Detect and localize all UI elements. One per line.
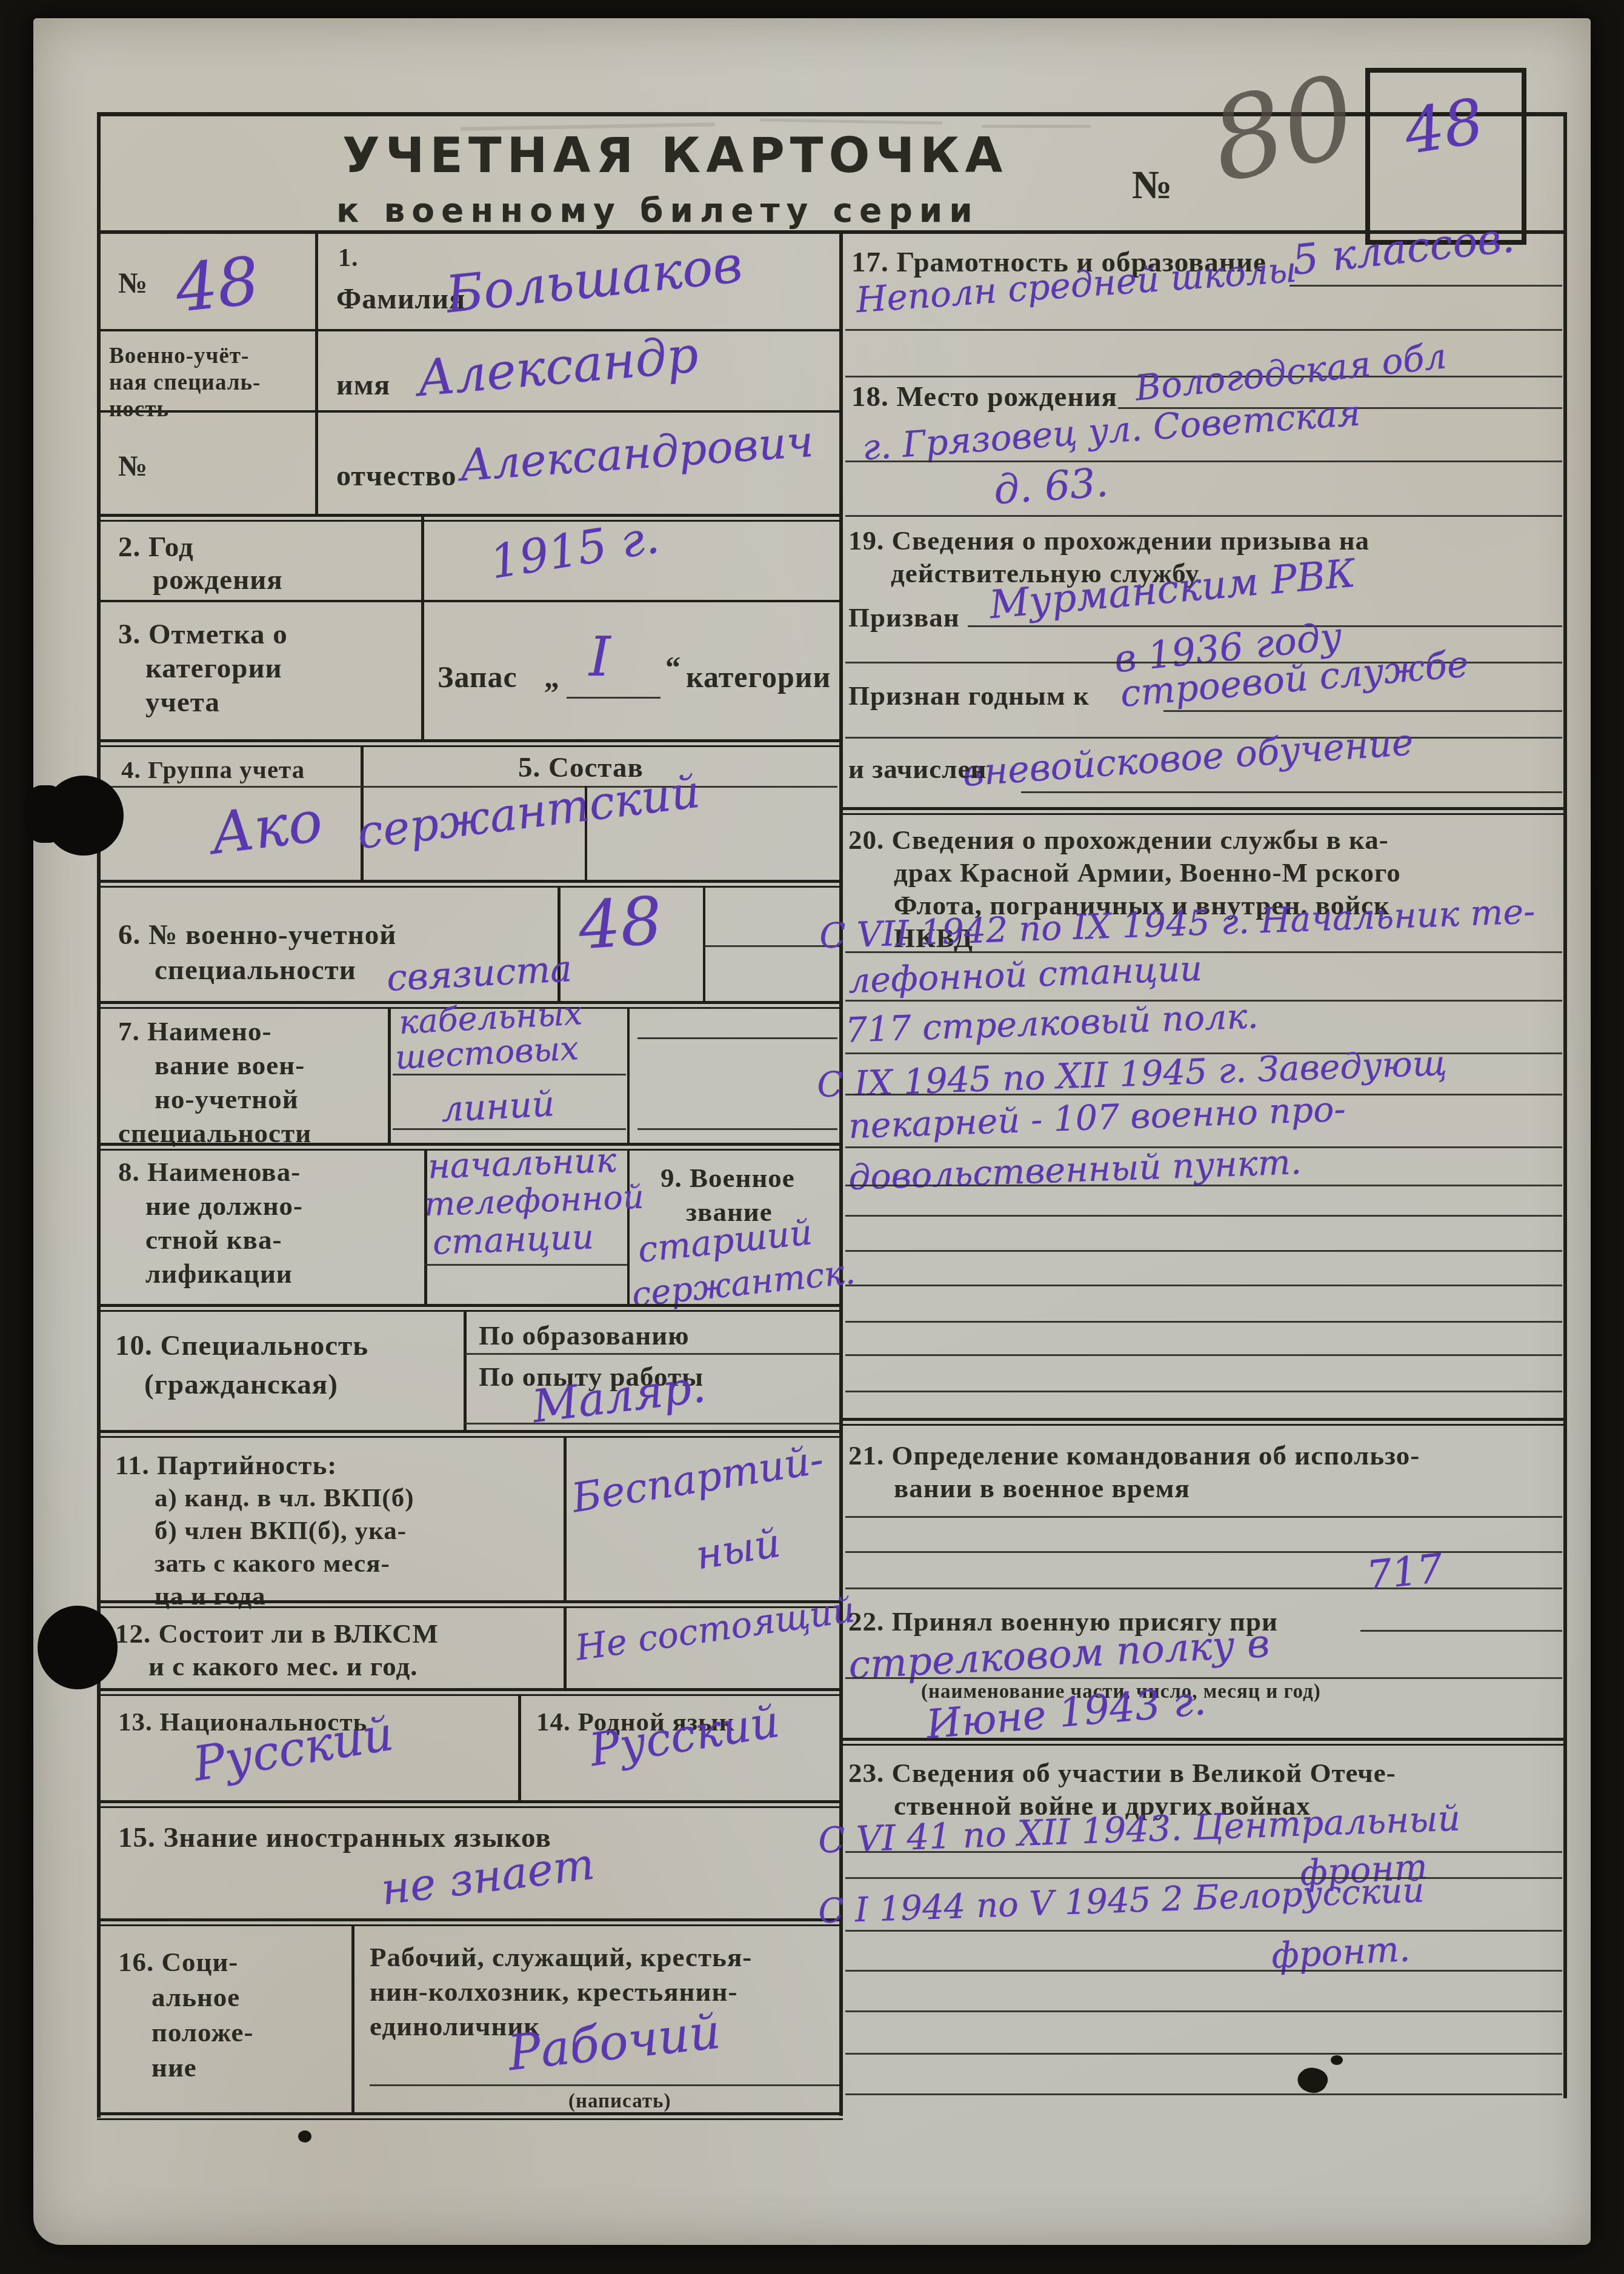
education-sub-label: По образованию: [479, 1320, 690, 1351]
fill-in-line: [845, 2053, 1562, 2055]
fill-in-line: [845, 1391, 1562, 1392]
field23-label-1: 23. Сведения об участии в Великой Отече-: [848, 1757, 1396, 1789]
zapas-prefix: Запас: [438, 659, 517, 694]
section-line: [839, 1418, 1566, 1421]
field6-value: 48: [576, 883, 665, 964]
fill-in-line: [845, 1285, 1562, 1286]
divider: [388, 1007, 391, 1144]
section-line: [839, 1424, 1566, 1426]
field8-label-3: стной ква-: [145, 1224, 282, 1255]
field7-label-2: вание воен-: [155, 1049, 305, 1081]
field11-label-4: зать с какого меся-: [155, 1549, 390, 1578]
field16-label-2: альное: [151, 1981, 240, 2013]
row-line: [97, 2112, 839, 2115]
vus-label-3: ность: [109, 396, 169, 422]
row-line: [97, 1694, 839, 1696]
fill-in-line: [845, 1321, 1562, 1323]
row-line: [97, 514, 839, 517]
field15-label: 15. Знание иностранных языков: [118, 1821, 551, 1854]
field11-label-2: а) канд. в чл. ВКП(б): [155, 1483, 414, 1513]
fill-in-line: [637, 1128, 837, 1130]
divider: [98, 786, 837, 788]
field12-label-1: 12. Состоит ли в ВЛКСМ: [115, 1618, 439, 1649]
row-line: [97, 2118, 843, 2120]
field9-label-1: 9. Военное: [661, 1162, 795, 1194]
row-line: [97, 1310, 839, 1312]
divider: [564, 1606, 567, 1688]
vus-label-2: ная специаль-: [109, 370, 261, 396]
border-left: [97, 112, 101, 2118]
row-line: [97, 600, 839, 602]
divider: [627, 1007, 630, 1144]
field16-options-1: Рабочий, служащий, крестья-: [370, 1941, 752, 1973]
fill-in-line: [464, 1423, 839, 1425]
field4-label: 4. Группа учета: [121, 755, 305, 784]
divider: [564, 1436, 567, 1600]
section-line: [839, 807, 1566, 810]
row-line: [97, 1688, 839, 1691]
divider: [424, 1149, 427, 1305]
row-line: [97, 1806, 839, 1808]
field8-label-1: 8. Наименова-: [118, 1156, 301, 1188]
fill-in-line: [845, 1185, 1562, 1186]
fill-in-line: [845, 1250, 1562, 1252]
divider: [518, 1694, 521, 1800]
fill-in-line: [845, 1587, 1562, 1589]
divider: [97, 410, 839, 413]
field8-value-1: начальник: [427, 1141, 617, 1187]
zapas-category-value: I: [589, 625, 611, 689]
called-label: Призван: [848, 602, 960, 633]
hole-punch: [24, 785, 67, 843]
field11-label-1: 11. Партийность:: [115, 1449, 337, 1481]
fill-in-line: [845, 1354, 1562, 1356]
field8-label-2: ние должно-: [145, 1190, 303, 1222]
scanned-military-card: УЧЕТНАЯ КАРТОЧКА к военному билету серии…: [0, 0, 1624, 2274]
field6-label-2: специальности: [155, 954, 356, 986]
section-line: [839, 813, 1566, 815]
fill-in-line: [393, 1128, 626, 1130]
fill-in-line: [1163, 710, 1562, 712]
war-service-value-4: фронт.: [1270, 1928, 1411, 1976]
row-line: [97, 1924, 839, 1926]
fill-in-line: [637, 1037, 837, 1039]
field3-label-3: учета: [145, 686, 220, 719]
divider: [703, 945, 839, 947]
field8-value-3: станции: [432, 1217, 594, 1262]
oath-unit-number: 717: [1364, 1545, 1445, 1600]
field16-label-1: 16. Соци-: [118, 1946, 238, 1978]
divider: [464, 1353, 839, 1355]
field3-label-1: 3. Отметка о: [118, 618, 288, 651]
divider: [703, 886, 705, 1003]
field7-value-3: линий: [440, 1083, 556, 1130]
card-title: УЧЕТНАЯ КАРТОЧКА: [342, 127, 1008, 184]
field21-label-2: вании в военное время: [894, 1472, 1190, 1504]
field16-note: (написать): [568, 2090, 671, 2113]
fill-in-line: [845, 2093, 1562, 2095]
birthplace-value-3: д. 63.: [993, 459, 1110, 514]
field18-label: 18. Место рождения: [851, 381, 1117, 413]
row-line: [97, 886, 839, 888]
fill-in-line: [845, 515, 1562, 517]
row-line: [97, 739, 839, 742]
row-line: [97, 880, 839, 883]
fill-in-line: [1021, 791, 1562, 793]
divider: [421, 515, 424, 741]
field11-label-3: б) член ВКП(б), ука-: [155, 1516, 407, 1546]
row-line: [97, 745, 839, 747]
fill-in-line: [845, 329, 1562, 331]
field2-label-1: 2. Год: [118, 531, 194, 564]
field20-label-2: драх Красной Армии, Военно-М рского: [894, 857, 1401, 888]
fit-for-label: Признан годным к: [848, 680, 1090, 711]
fill-in-line: [845, 1215, 1562, 1217]
fill-in-line: [1360, 1630, 1562, 1632]
field10-label-2: (гражданская): [144, 1368, 338, 1401]
fill-in-line: [567, 697, 661, 699]
zapas-suffix: категории: [686, 659, 831, 694]
fill-in-line: [370, 2084, 839, 2086]
corner-number: 48: [1399, 85, 1488, 169]
row-line: [97, 520, 839, 522]
reg-no-sign-2: №: [118, 450, 148, 483]
field2-label-2: рождения: [153, 564, 283, 596]
row-line: [97, 1436, 839, 1438]
field16-options-2: нин-колхозник, крестьянин-: [370, 1976, 737, 2007]
row-line: [97, 1304, 839, 1307]
field7-label-3: но-учетной: [155, 1083, 299, 1115]
row-line: [97, 1430, 839, 1433]
fill-in-line: [845, 1516, 1562, 1518]
field16-label-3: положе-: [151, 2016, 253, 2048]
field8-label-4: лификации: [145, 1258, 293, 1289]
row-line: [97, 1600, 839, 1603]
hole-punch: [38, 1606, 118, 1689]
field19-label-1: 19. Сведения о прохождении призыва на: [848, 525, 1369, 556]
vus-label-1: Военно-учёт-: [109, 343, 249, 369]
ink-blot: [1331, 2055, 1343, 2065]
name-label: имя: [336, 368, 390, 402]
field6-label-1: 6. № военно-учетной: [118, 919, 396, 951]
fill-in-line: [424, 1264, 627, 1266]
divider: [97, 329, 839, 331]
border-right: [1563, 112, 1567, 2098]
reg-number: 48: [172, 243, 263, 327]
fill-in-line: [845, 460, 1562, 462]
fill-in-line: [393, 1074, 626, 1075]
field12-label-2: и с какого мес. и год.: [148, 1651, 418, 1682]
field20-label-1: 20. Сведения о прохождении службы в ка-: [848, 824, 1389, 856]
field10-label-1: 10. Специальность: [115, 1329, 368, 1362]
row-line: [97, 1800, 839, 1803]
divider: [627, 1149, 630, 1305]
field3-label-2: категории: [145, 652, 282, 685]
zapas-close-quote: “: [665, 650, 681, 685]
field4-value: Ако: [207, 788, 326, 868]
header-no-sign: №: [1132, 162, 1173, 208]
fill-in-line: [845, 1970, 1562, 1972]
field1-num: 1.: [338, 244, 359, 273]
enrolled-label: и зачислен: [848, 753, 987, 785]
zapas-open-quote: „: [544, 659, 560, 694]
divider: [351, 1924, 354, 2112]
field16-label-4: ние: [151, 2052, 197, 2083]
field7-label-1: 7. Наимено-: [118, 1016, 271, 1047]
fill-in-line: [1290, 285, 1562, 287]
row-line: [97, 1918, 839, 1921]
divider: [464, 1310, 467, 1431]
fill-in-line: [845, 1930, 1562, 1932]
fill-in-line: [845, 2010, 1562, 2012]
reg-no-sign: №: [118, 267, 148, 300]
fill-in-line: [845, 1551, 1562, 1553]
ink-speck: [298, 2130, 311, 2143]
divider: [315, 230, 318, 515]
field21-label-1: 21. Определение командования об использо…: [848, 1440, 1420, 1471]
card-subtitle: к военному билету серии: [336, 191, 979, 230]
patronymic-label: отчество: [336, 459, 456, 493]
